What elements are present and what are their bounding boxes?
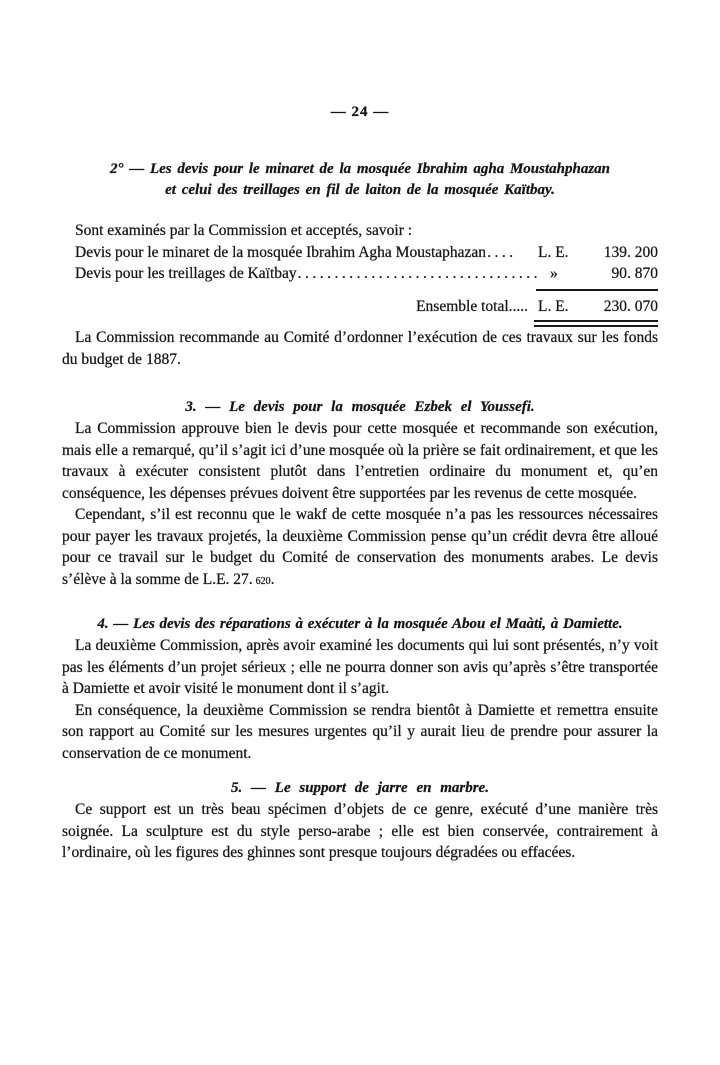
page-number: — 24 —: [62, 104, 658, 121]
section-3-paragraph-2: Cependant, s’il est reconnu que le wakf …: [62, 504, 658, 592]
section-4-heading: 4. — Les devis des réparations à exécute…: [46, 614, 674, 635]
leader-dots: ....: [486, 242, 538, 264]
section-2-heading-line-2: et celui des treillages en fil de laiton…: [46, 180, 674, 201]
devis-label: Devis pour les treillages de Kaïtbay: [75, 263, 297, 285]
section-5-heading: 5. — Le support de jarre en marbre.: [46, 778, 674, 799]
paragraph-end: .: [271, 571, 275, 588]
amount-value: 90. 870: [584, 263, 658, 285]
devis-amount: » 90. 870: [538, 263, 658, 285]
section-4-paragraph-1: La deuxième Commission, après avoir exam…: [62, 635, 658, 700]
amount-value: 139. 200: [584, 242, 658, 264]
paragraph-text: Cependant, s’il est reconnu que le wakf …: [62, 506, 658, 588]
section-2-paragraph: La Commission recommande au Comité d’ord…: [62, 327, 658, 370]
section-2: 2° — Les devis pour le minaret de la mos…: [62, 159, 658, 201]
devis-amount: L. E. 139. 200: [538, 242, 658, 264]
document-page: — 24 — 2° — Les devis pour le minaret de…: [0, 0, 720, 1065]
section-5-paragraph: Ce support est un très beau spécimen d’o…: [62, 799, 658, 864]
total-row: Ensemble total..... L. E. 230. 070: [75, 296, 658, 318]
devis-row: Devis pour les treillages de Kaïtbay....…: [75, 263, 658, 285]
sum-rule: [536, 289, 658, 291]
devis-label: Devis pour le minaret de la mosquée Ibra…: [75, 242, 486, 264]
total-amount: L. E. 230. 070: [538, 296, 658, 318]
devis-intro: Sont examinés par la Commission et accep…: [75, 220, 658, 242]
leader-dots: ........................................: [297, 263, 538, 285]
currency-label: L. E.: [538, 296, 584, 318]
section-2-heading-line-1: 2° — Les devis pour le minaret de la mos…: [46, 159, 674, 180]
total-label: Ensemble total.....: [416, 296, 528, 318]
currency-label: L. E.: [538, 242, 584, 264]
millimes-value: 620: [256, 576, 271, 587]
section-3-heading: 3. — Le devis pour la mosquée Ezbek el Y…: [46, 397, 674, 418]
ditto-mark: »: [538, 263, 584, 285]
section-4-paragraph-2: En conséquence, la deuxième Commission s…: [62, 700, 658, 765]
total-double-rule: [534, 320, 658, 327]
amount-value: 230. 070: [584, 296, 658, 318]
devis-table: Sont examinés par la Commission et accep…: [75, 220, 658, 327]
section-3-paragraph-1: La Commission approuve bien le devis pou…: [62, 418, 658, 504]
devis-row: Devis pour le minaret de la mosquée Ibra…: [75, 242, 658, 264]
